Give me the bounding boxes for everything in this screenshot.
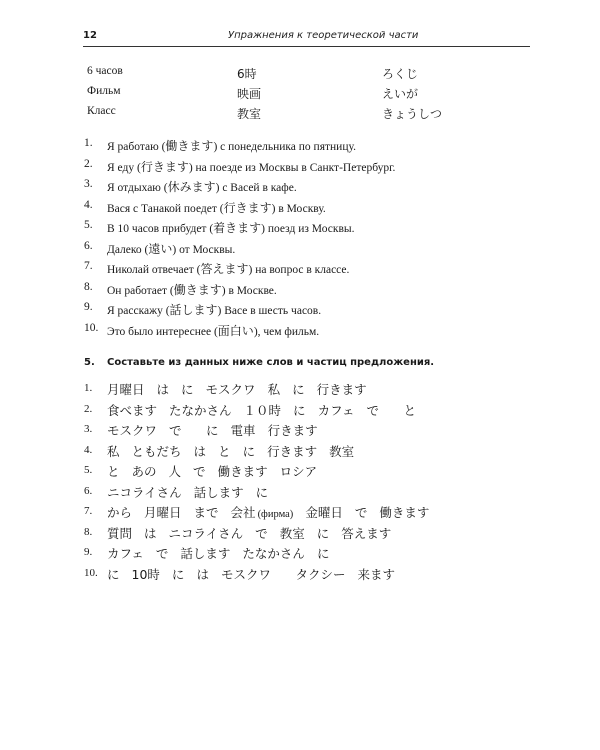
word-token: と — [218, 444, 231, 459]
word-token: で — [156, 546, 169, 561]
word-token: は — [157, 382, 170, 397]
sentence-after: ) на вопрос в классе. — [248, 264, 349, 276]
word-token: ニコライさん — [169, 526, 244, 541]
vocab-kanji: 教室 — [237, 105, 261, 122]
sentence-before: В 10 часов прибудет ( — [107, 223, 213, 235]
sentence-before: Вася с Танакой поедет ( — [107, 203, 224, 215]
sentence-text: Я еду (行きます) на поезде из Москвы в Санкт… — [107, 158, 395, 175]
word-sequence: 質問はニコライさんで教室に答えます — [107, 524, 403, 542]
word-token: ロシア — [280, 464, 318, 479]
word-token: 電車 — [231, 423, 256, 438]
vocab-row: Фильм 映画 えいが — [87, 85, 527, 105]
sentence-after: ) в Москве. — [222, 285, 277, 297]
item-number: 1. — [84, 137, 93, 149]
word-token: 月曜日 — [144, 505, 182, 520]
word-token: 答えます — [341, 526, 391, 541]
vocab-row: 6 часов 6時 ろくじ — [87, 65, 527, 85]
sentence-text: В 10 часов прибудет (着きます) поезд из Моск… — [107, 219, 355, 236]
item-number: 10. — [84, 322, 98, 334]
word-token: モスクワ — [221, 567, 271, 582]
vocabulary-table: 6 часов 6時 ろくじ Фильм 映画 えいが Класс 教室 きょう… — [87, 65, 527, 125]
sentence-before: Он работает ( — [107, 285, 174, 297]
japanese-word: 着きます — [213, 221, 261, 235]
word-token: 教室 — [329, 444, 354, 459]
japanese-word: 働きます — [165, 139, 213, 153]
item-number: 4. — [84, 444, 92, 456]
item-number: 7. — [84, 260, 93, 272]
page-number: 12 — [83, 30, 97, 41]
word-token: 話します — [180, 546, 230, 561]
sentence-after: ) Васе в шесть часов. — [218, 305, 322, 317]
japanese-word: 面白い — [218, 324, 254, 338]
item-number: 3. — [84, 423, 92, 435]
vocab-kana: えいが — [382, 85, 418, 102]
word-token: カフェ — [107, 546, 144, 561]
word-token: と — [107, 464, 120, 479]
word-token: から — [107, 505, 132, 520]
item-number: 6. — [84, 485, 92, 497]
word-sequence: ニコライさん話しますに — [107, 483, 280, 501]
vocab-russian: Класс — [87, 105, 116, 117]
item-number: 1. — [84, 382, 92, 394]
sentence-after: ) с Васей в кафе. — [216, 182, 297, 194]
japanese-word: 行きます — [224, 201, 272, 215]
item-number: 5. — [84, 464, 92, 476]
word-token: で — [366, 403, 379, 418]
item-number: 3. — [84, 178, 93, 190]
word-token: で — [193, 464, 206, 479]
word-token: 月曜日 — [107, 382, 145, 397]
word-sequence: 月曜日はにモスクワ私に行きます — [107, 380, 379, 398]
word-token: と — [391, 403, 416, 418]
word-token: 金曜日 — [305, 505, 343, 520]
word-token: たなかさん — [169, 403, 232, 418]
item-number: 8. — [84, 281, 93, 293]
word-token: 行きます — [268, 423, 318, 438]
item-number: 2. — [84, 158, 93, 170]
word-token: １０時 — [244, 403, 282, 418]
japanese-word: 遠い — [148, 242, 172, 256]
japanese-word: 働きます — [174, 283, 222, 297]
word-token: 質問 — [107, 526, 132, 541]
word-token: 行きます — [267, 444, 317, 459]
sentence-after: ) поезд из Москвы. — [261, 223, 354, 235]
word-token: に — [317, 526, 330, 541]
word-token: たなかさん — [242, 546, 305, 561]
running-title: Упражнения к теоретической части — [228, 30, 418, 41]
vocab-kanji: 映画 — [237, 85, 261, 102]
item-number: 10. — [84, 567, 98, 579]
sentence-before: Я работаю ( — [107, 141, 165, 153]
sentence-before: Это было интереснее ( — [107, 326, 218, 338]
exercise-number: 5. — [84, 357, 95, 368]
vocab-russian: 6 часов — [87, 65, 123, 77]
sentence-text: Я отдыхаю (休みます) с Васей в кафе. — [107, 178, 297, 195]
japanese-word: 話します — [170, 303, 218, 317]
sentence-text: Это было интереснее (面白い), чем фильм. — [107, 322, 319, 339]
word-token: 教室 — [280, 526, 305, 541]
word-token: ともだち — [132, 444, 182, 459]
sentence-before: Я расскажу ( — [107, 305, 170, 317]
word-sequence: から月曜日まで会社(фирма)金曜日で働きます — [107, 503, 441, 521]
sentence-before: Я еду ( — [107, 162, 141, 174]
word-token: は — [196, 567, 209, 582]
item-number: 6. — [84, 240, 93, 252]
page-header: 12 Упражнения к теоретической части — [83, 30, 530, 47]
word-token: 来ます — [357, 567, 395, 582]
sentence-after: ) на поезде из Москвы в Санкт-Петербург. — [189, 162, 396, 174]
sentence-after: ) от Москвы. — [172, 244, 235, 256]
word-sequence: に10時にはモスクワ タクシー来ます — [107, 565, 407, 583]
vocab-russian: Фильм — [87, 85, 121, 97]
word-token: 行きます — [317, 382, 367, 397]
sentence-after: ), чем фильм. — [254, 326, 319, 338]
vocab-kana: きょうしつ — [382, 105, 442, 122]
sentence-text: Я работаю (働きます) с понедельника по пятни… — [107, 137, 356, 154]
word-token: あの — [132, 464, 157, 479]
item-number: 7. — [84, 505, 92, 517]
japanese-word: 答えます — [200, 262, 248, 276]
japanese-word: 休みます — [168, 180, 216, 194]
word-token: 会社 — [231, 505, 256, 520]
word-token: に — [107, 567, 120, 582]
item-number: 4. — [84, 199, 93, 211]
word-token: に — [293, 403, 306, 418]
sentence-text: Далеко (遠い) от Москвы. — [107, 240, 235, 257]
sentence-after: ) с понедельника по пятницу. — [213, 141, 356, 153]
sentence-before: Я отдыхаю ( — [107, 182, 168, 194]
word-token: 私 — [268, 382, 281, 397]
word-token: で — [169, 423, 182, 438]
word-token: 話します — [194, 485, 244, 500]
item-number: 2. — [84, 403, 92, 415]
word-token: カフェ — [318, 403, 355, 418]
word-sequence: とあの人で働きますロシア — [107, 462, 329, 480]
word-token: は — [144, 526, 157, 541]
word-token: で — [355, 505, 368, 520]
sentence-before: Далеко ( — [107, 244, 148, 256]
word-token: モスクワ — [107, 423, 157, 438]
word-token: まで — [194, 505, 219, 520]
word-token: 働きます — [218, 464, 268, 479]
exercise-title: Составьте из данных ниже слов и частиц п… — [107, 357, 434, 368]
vocab-kana: ろくじ — [382, 65, 418, 82]
word-token: 私 — [107, 444, 120, 459]
word-sequence: 食べますたなかさん１０時にカフェで と — [107, 401, 428, 419]
word-token: モスクワ — [206, 382, 256, 397]
sentence-after: ) в Москву. — [272, 203, 326, 215]
word-token: に — [292, 382, 305, 397]
japanese-word: 行きます — [141, 160, 189, 174]
sentence-text: Он работает (働きます) в Москве. — [107, 281, 277, 298]
item-number: 5. — [84, 219, 93, 231]
sentence-before: Николай отвечает ( — [107, 264, 200, 276]
vocab-kanji: 6時 — [237, 65, 257, 82]
vocab-row: Класс 教室 きょうしつ — [87, 105, 527, 125]
word-token: ニコライさん — [107, 485, 182, 500]
item-number: 9. — [84, 546, 92, 558]
word-sequence: カフェで話しますたなかさんに — [107, 544, 341, 562]
translation-note: (фирма) — [258, 509, 294, 520]
word-token: 食べます — [107, 403, 157, 418]
word-token: 人 — [169, 464, 182, 479]
word-token: 働きます — [379, 505, 429, 520]
word-token: に — [256, 485, 269, 500]
sentence-text: Вася с Танакой поедет (行きます) в Москву. — [107, 199, 326, 216]
word-sequence: モスクワで に電車行きます — [107, 421, 330, 439]
item-number: 9. — [84, 301, 93, 313]
word-token: 10時 — [132, 567, 160, 582]
word-token: タクシー — [283, 567, 346, 582]
word-token: で — [255, 526, 268, 541]
word-token: に — [194, 423, 219, 438]
word-token: に — [172, 567, 185, 582]
word-token: に — [181, 382, 194, 397]
sentence-text: Я расскажу (話します) Васе в шесть часов. — [107, 301, 321, 318]
word-token: に — [243, 444, 256, 459]
sentence-text: Николай отвечает (答えます) на вопрос в клас… — [107, 260, 349, 277]
word-token: は — [194, 444, 207, 459]
word-sequence: 私ともだちはとに行きます教室 — [107, 442, 366, 460]
item-number: 8. — [84, 526, 92, 538]
word-token: に — [317, 546, 330, 561]
